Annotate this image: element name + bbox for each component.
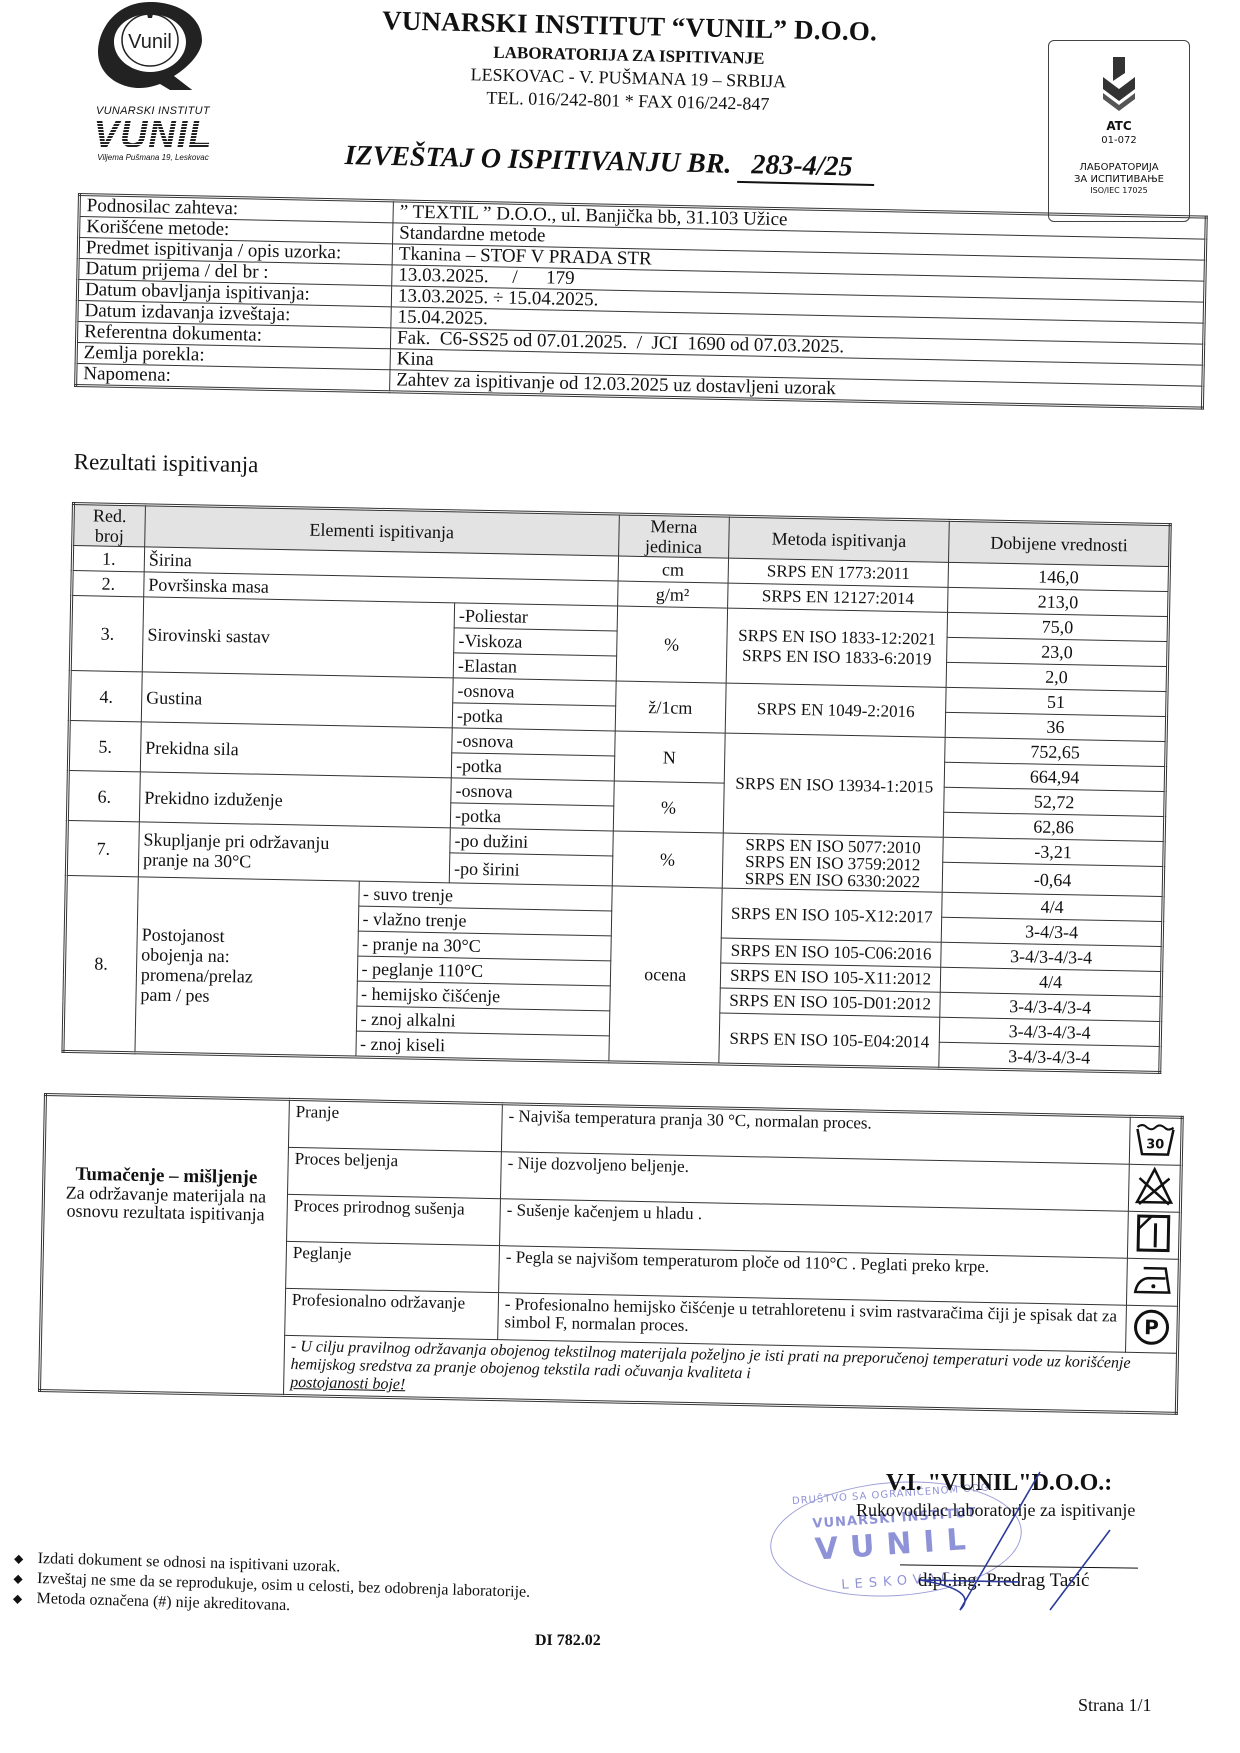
dry-clean-p-icon: P [1126,1305,1179,1353]
row-unit: % [616,606,728,683]
svg-text:P: P [1144,1315,1159,1339]
vunil-q-logo: Vunil [90,0,210,90]
atc-number: 01-072 [1049,135,1189,146]
row-element: Sirovinski sastav [142,597,454,678]
page-number: Strana 1/1 [1078,1695,1152,1716]
row-no: 3. [70,596,143,672]
row-sub-element: -Poliestar [454,603,617,631]
row-no: 7. [66,820,139,876]
row-method: SRPS EN 1049-2:2016 [725,683,946,737]
care-category: Proces prirodnog sušenja [287,1194,501,1245]
row-no: 6. [67,770,140,821]
row-sub-element: -potka [450,803,613,831]
row-unit: g/m² [617,581,728,608]
iron-low-icon [1126,1258,1179,1306]
diamond-bullet-icon: ◆ [0,1588,37,1609]
row-unit: ocena [608,886,722,1064]
interpretation-heading: Tumačenje – mišljenje Za održavanje mate… [40,1095,290,1396]
care-category: Proces beljenja [288,1147,502,1198]
row-element: Prekidno izduženje [139,772,451,828]
row-sub-element: - znoj kiseli [355,1031,608,1062]
row-method: SRPS EN ISO 105-X12:2017 [721,888,942,942]
line-dry-shade-icon [1127,1211,1180,1259]
row-sub-element: -po širini [449,853,612,886]
atc-logo-icon [1099,55,1139,111]
row-unit: ž/1cm [615,681,726,733]
row-no: 1. [72,546,144,572]
row-sub-element: -potka [451,753,614,781]
diamond-bullet-icon: ◆ [0,1548,38,1569]
row-method: SRPS EN ISO 13934-1:2015 [723,733,945,837]
row-no: 2. [72,571,144,597]
report-title-text: IZVEŠTAJ O ISPITIVANJU BR. [344,140,732,180]
row-sub-element: -osnova [451,778,614,806]
row-sub-element: -potka [452,703,615,731]
report-number: 283-4/25 [737,149,875,186]
row-value: -0,64 [943,862,1164,896]
row-no: 5. [68,720,141,771]
no-bleach-icon [1128,1164,1181,1212]
care-category: Pranje [288,1099,502,1151]
atc-standard: ISO/IEC 17025 [1049,186,1189,195]
results-section-title: Rezultati ispitivanja [74,449,259,478]
wash-30-icon: 30 [1129,1116,1182,1165]
row-method: SRPS EN ISO 105-E04:2014 [719,1013,940,1068]
row-element: Prekidna sila [140,722,452,778]
logo-brand: VUNIL [78,117,228,153]
row-no: 4. [69,670,142,721]
row-sub-element: -osnova [453,678,616,706]
row-unit: % [613,781,724,833]
logo-address: Viljema Pušmana 19, Leskovac [78,153,228,162]
atc-lab-line1: ЛАБОРАТОРИЈА [1049,162,1189,174]
results-table: Red. broj Elementi ispitivanja Merna jed… [61,502,1171,1074]
row-sub-element: -Elastan [453,653,616,681]
row-unit: cm [618,556,729,583]
atc-lab-line2: ЗА ИСПИТИВАЊЕ [1049,174,1189,186]
company-header: VUNARSKI INSTITUT “VUNIL” D.O.O. LABORAT… [328,4,930,119]
document-code: DI 782.02 [535,1632,601,1650]
row-method-line: SRPS EN ISO 6330:2022 [727,869,939,890]
row-sub-element: -osnova [452,728,615,756]
logo-text-block: VUNARSKI INSTITUT VUNIL Viljema Pušmana … [78,105,228,162]
row-value: 3-4/3-4/3-4 [939,1042,1160,1072]
report-title: IZVEŠTAJ O ISPITIVANJU BR.283-4/25 [344,140,875,186]
header-value: Dobijene vrednosti [949,520,1170,566]
row-element: Skupljanje pri održavanju pranje na 30°C [138,822,450,883]
svg-text:30: 30 [1146,1137,1164,1152]
row-method: SRPS EN ISO 5077:2010 SRPS EN ISO 3759:2… [722,833,944,892]
row-element: Postojanost obojenja na: promena/prelaz … [135,877,359,1057]
care-category: Peglanje [286,1241,500,1292]
care-note-end: postojanosti boje! [290,1374,405,1393]
atc-code: ATC [1049,119,1189,133]
request-info-table: Podnosilac zahteva:” TEXTIL ” D.O.O., ul… [74,193,1208,410]
handwritten-signature-icon [900,1470,1160,1620]
row-unit: % [612,831,723,888]
row-no: 8. [63,875,138,1052]
row-unit: N [614,731,725,783]
care-category: Profesionalno održavanje [285,1288,499,1339]
row-method: SRPS EN ISO 1833-12:2021 SRPS EN ISO 183… [726,608,948,687]
header-method: Metoda ispitivanja [728,516,949,562]
svg-text:Vunil: Vunil [128,31,172,53]
diamond-bullet-icon: ◆ [0,1568,37,1589]
footer-notes: ◆Izdati dokument se odnosi na ispitivani… [0,1548,531,1623]
row-method-line: SRPS EN ISO 1833-6:2019 [731,646,943,670]
interpretation-wrap: Tumačenje – mišljenje Za održavanje mate… [38,1093,1184,1415]
row-sub-element: -Viskoza [454,628,617,656]
interpretation-table: Tumačenje – mišljenje Za održavanje mate… [38,1093,1184,1415]
interpretation-subtitle: Za održavanje materijala na osnovu rezul… [66,1182,267,1224]
header-no: Red. broj [73,504,146,547]
row-element: Gustina [141,672,453,728]
results-table-wrap: Red. broj Elementi ispitivanja Merna jed… [61,502,1201,1075]
header-unit: Merna jedinica [618,514,729,558]
accreditation-badge: ATC 01-072 ЛАБОРАТОРИЈА ЗА ИСПИТИВАЊЕ IS… [1048,40,1190,222]
row-element-line: pam / pes [140,984,352,1008]
row-sub-element: -po dužini [450,828,613,856]
